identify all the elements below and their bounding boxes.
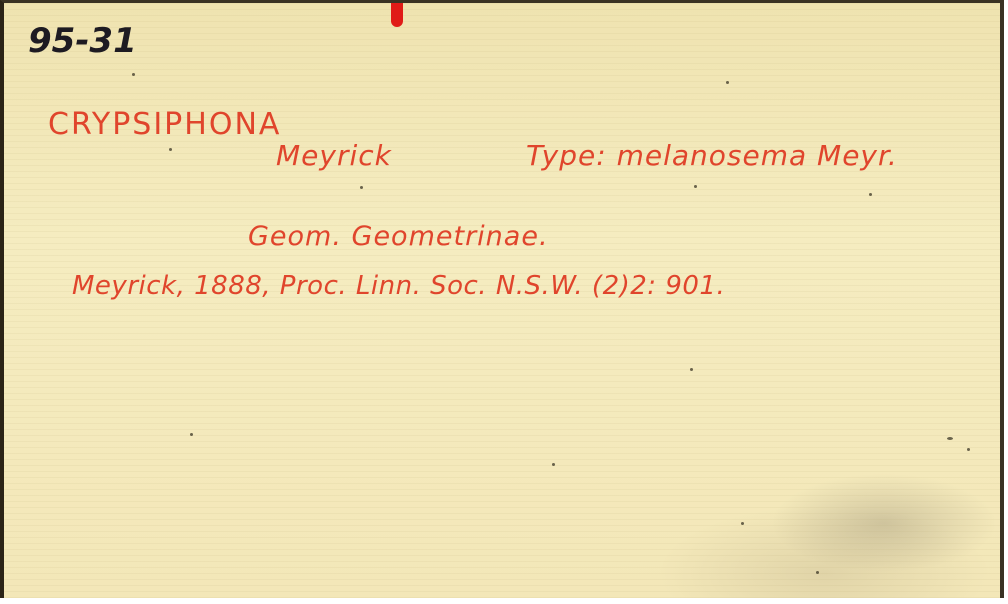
paper-speck [694,185,697,188]
paper-speck [552,463,555,466]
paper-speck [967,448,970,451]
paper-speck [360,186,363,189]
red-tab-marker [391,3,403,27]
genus-name: CRYPSIPHONA [48,107,281,142]
paper-speck [741,522,744,525]
genus-author: Meyrick [276,139,392,172]
paper-speck [869,193,872,196]
paper-speck [726,81,729,84]
paper-speck [132,73,135,76]
type-species: Type: melanosema Meyr. [526,139,898,172]
family-subfamily: Geom. Geometrinae. [248,221,549,252]
accession-number: 95-31 [28,21,137,61]
paper-speck [169,148,172,151]
bibliographic-reference: Meyrick, 1888, Proc. Linn. Soc. N.S.W. (… [72,271,725,301]
index-card: 95-31 CRYPSIPHONA Meyrick Type: melanose… [0,0,1004,598]
paper-speck [190,433,193,436]
paper-speck [947,437,953,440]
paper-speck [816,571,819,574]
paper-speck [690,368,693,371]
